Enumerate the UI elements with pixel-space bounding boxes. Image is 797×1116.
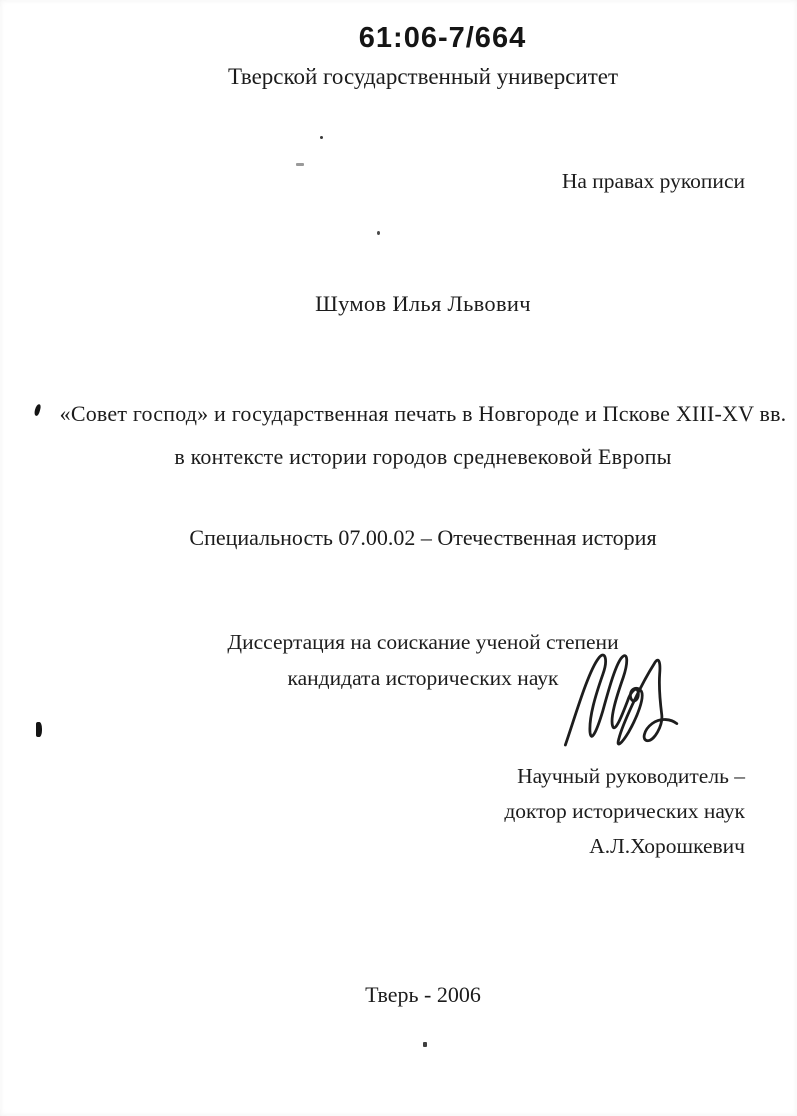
advisor-block: Научный руководитель – доктор историческ…	[0, 759, 745, 864]
degree-statement: Диссертация на соискание ученой степени …	[49, 624, 797, 696]
scan-speck	[296, 163, 304, 166]
scan-speck	[377, 231, 380, 235]
advisor-name: А.Л.Хорошкевич	[0, 829, 745, 864]
scan-speck	[320, 136, 323, 139]
specialty-line: Специальность 07.00.02 – Отечественная и…	[49, 525, 797, 551]
dissertation-title-line-1: «Совет господ» и государственная печать …	[49, 392, 797, 435]
dissertation-title-line-2: в контексте истории городов средневеково…	[49, 435, 797, 478]
author-name: Шумов Илья Львович	[49, 291, 797, 317]
ink-blot	[34, 404, 42, 417]
manuscript-rights-note: На правах рукописи	[0, 169, 745, 194]
degree-statement-line-1: Диссертация на соискание ученой степени	[49, 624, 797, 660]
city-year: Тверь - 2006	[49, 982, 797, 1008]
dissertation-title-page: 61:06-7/664 Тверской государственный уни…	[0, 0, 797, 1116]
ink-blot	[36, 722, 42, 737]
signature-scribble	[560, 650, 680, 750]
degree-statement-line-2: кандидата исторических наук	[49, 660, 797, 696]
advisor-label: Научный руководитель –	[0, 759, 745, 794]
advisor-degree: доктор исторических наук	[0, 794, 745, 829]
dissertation-title: «Совет господ» и государственная печать …	[49, 392, 797, 478]
university-name: Тверской государственный университет	[49, 64, 797, 90]
advisor-signature	[560, 650, 680, 750]
scan-speck	[423, 1042, 427, 1047]
catalog-number: 61:06-7/664	[88, 22, 797, 55]
